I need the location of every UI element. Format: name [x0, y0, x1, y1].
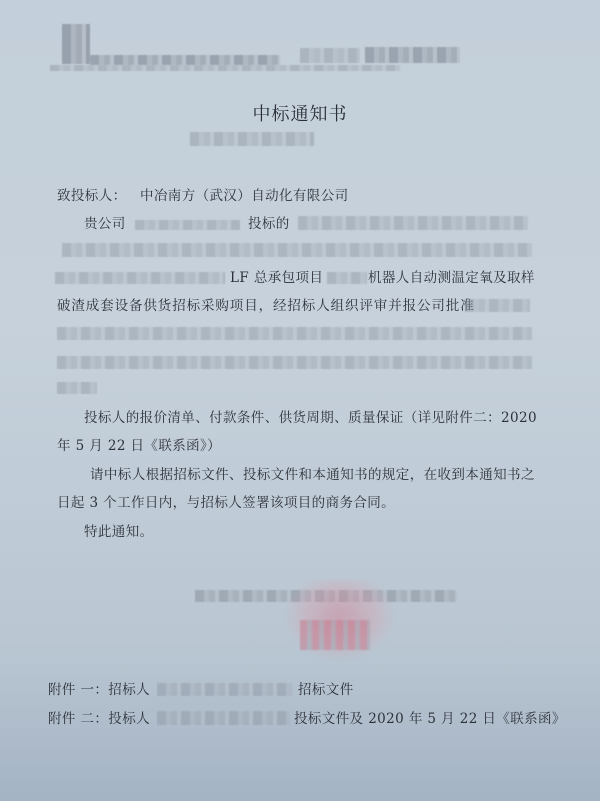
redacted-letterhead: [50, 65, 400, 71]
redacted-text: [57, 327, 532, 340]
redacted-text: [62, 243, 532, 257]
para3-line2: 日起 3 个工作日内，与招标人签署该项目的商务合同。: [57, 495, 395, 511]
redacted-text: [157, 711, 290, 725]
redacted-text: [55, 272, 225, 284]
para1-line1-b: 投标的: [248, 216, 290, 232]
document-title: 中标通知书: [0, 100, 600, 126]
attachment-2-label: 附件 二：投标人: [48, 711, 150, 727]
para1-line4: 破渣成套设备供货招标采购项目，经招标人组织评审并报公司批准: [57, 298, 475, 314]
attachment-1-label: 附件 一：招标人: [48, 682, 150, 698]
redacted-text: [157, 683, 292, 696]
document-page: 中标通知书 致投标人： 中冶南方（武汉）自动化有限公司 贵公司 投标的 LF 总…: [0, 0, 600, 801]
para2-line2: 年 5 月 22 日《联系函》）: [57, 438, 221, 454]
redacted-doc-number: [190, 132, 314, 146]
redacted-letterhead: [90, 55, 280, 65]
closing-text: 特此通知。: [84, 524, 154, 540]
redacted-date: [300, 620, 370, 650]
redacted-text: [298, 216, 528, 230]
para3-line1: 请中标人根据招标文件、投标文件和本通知书的规定，在收到本通知书之: [90, 467, 535, 483]
redacted-letterhead-logo: [62, 24, 90, 64]
para1-line1-a: 贵公司: [84, 216, 126, 232]
redacted-text: [135, 220, 240, 230]
attachment-1-suffix: 招标文件: [298, 682, 354, 698]
para1-line3-a: LF 总承包项目: [230, 270, 323, 286]
attachment-2-suffix: 投标文件及 2020 年 5 月 22 日《联系函》: [294, 711, 566, 727]
redacted-letterhead: [300, 48, 360, 63]
recipient-label: 致投标人：: [57, 188, 127, 204]
redacted-text: [57, 356, 532, 369]
para1-line3-b: 机器人自动测温定氧及取样: [368, 270, 535, 286]
redacted-text: [465, 299, 530, 312]
para2-line1: 投标人的报价清单、付款条件、供货周期、质量保证（详见附件二：2020: [84, 410, 537, 426]
redacted-text: [57, 382, 97, 394]
recipient-name: 中冶南方（武汉）自动化有限公司: [140, 188, 349, 204]
redacted-text: [327, 272, 367, 284]
redacted-letterhead: [365, 47, 460, 63]
